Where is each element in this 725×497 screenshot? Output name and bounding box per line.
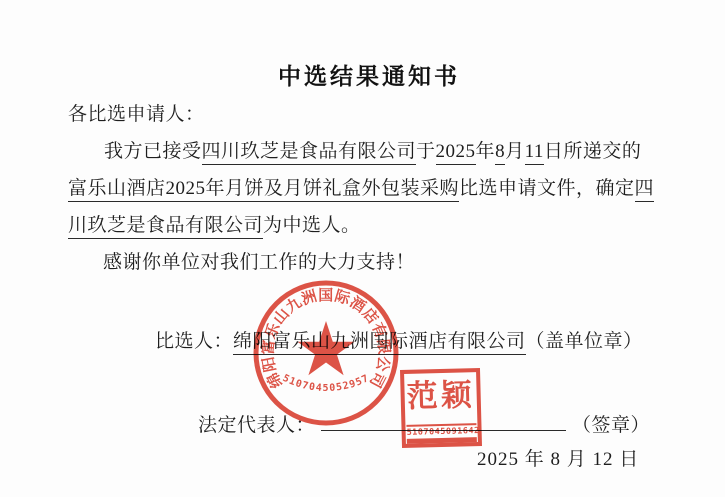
text-segment: 年 — [476, 141, 496, 162]
underlined-year: 2025 — [436, 141, 476, 165]
thanks-line: 感谢你单位对我们工作的大力支持！ — [103, 253, 415, 272]
text-segment: 为中选人。 — [263, 215, 361, 236]
underlined-company-start: 四 — [635, 178, 655, 202]
selector-label: 比选人： — [155, 331, 233, 352]
seal-person-name: 范颖 — [404, 374, 477, 418]
selector-suffix: （盖单位章） — [526, 331, 643, 352]
seal-star-icon — [298, 321, 355, 375]
underlined-company-end: 川玖芝是食品有限公司 — [68, 215, 263, 239]
paragraph-line-1: 我方已接受四川玖芝是食品有限公司于2025年8月11日所递交的 — [104, 142, 641, 161]
paragraph-line-2: 富乐山酒店2025年月饼及月饼礼盒外包装采购比选申请文件，确定四 — [68, 179, 654, 198]
document-title: 中选结果通知书 — [278, 58, 460, 91]
underlined-month: 8 — [495, 141, 505, 165]
date-line: 2025 年 8 月 12 日 — [477, 450, 639, 469]
underlined-company-name: 四川玖芝是食品有限公司 — [202, 141, 417, 165]
underlined-day: 11 — [525, 141, 544, 165]
circular-company-seal: 绵阳富乐山九洲国际酒店有限公司 5107045052957 — [250, 277, 402, 429]
text-segment: 月 — [505, 141, 525, 162]
underlined-project-name: 富乐山酒店2025年月饼及月饼礼盒外包装采购 — [68, 178, 459, 202]
text-segment: 我方已接受 — [104, 141, 202, 162]
salutation: 各比选申请人： — [68, 105, 205, 124]
text-segment: 日所递交的 — [544, 141, 642, 162]
seal-person-number: 5107045091642 — [406, 423, 476, 444]
text-segment: 比选申请文件，确定 — [459, 178, 635, 199]
document-page: 中选结果通知书 各比选申请人： 我方已接受四川玖芝是食品有限公司于2025年8月… — [0, 0, 725, 497]
legal-suffix: （签章） — [572, 415, 650, 436]
paragraph-line-3: 川玖芝是食品有限公司为中选人。 — [68, 216, 361, 235]
seal-number-arc: 5107045052957 — [281, 373, 372, 394]
svg-text:5107045052957: 5107045052957 — [281, 373, 372, 394]
text-segment: 于 — [416, 141, 436, 162]
square-name-seal: 范颖 5107045091642 — [400, 368, 482, 448]
